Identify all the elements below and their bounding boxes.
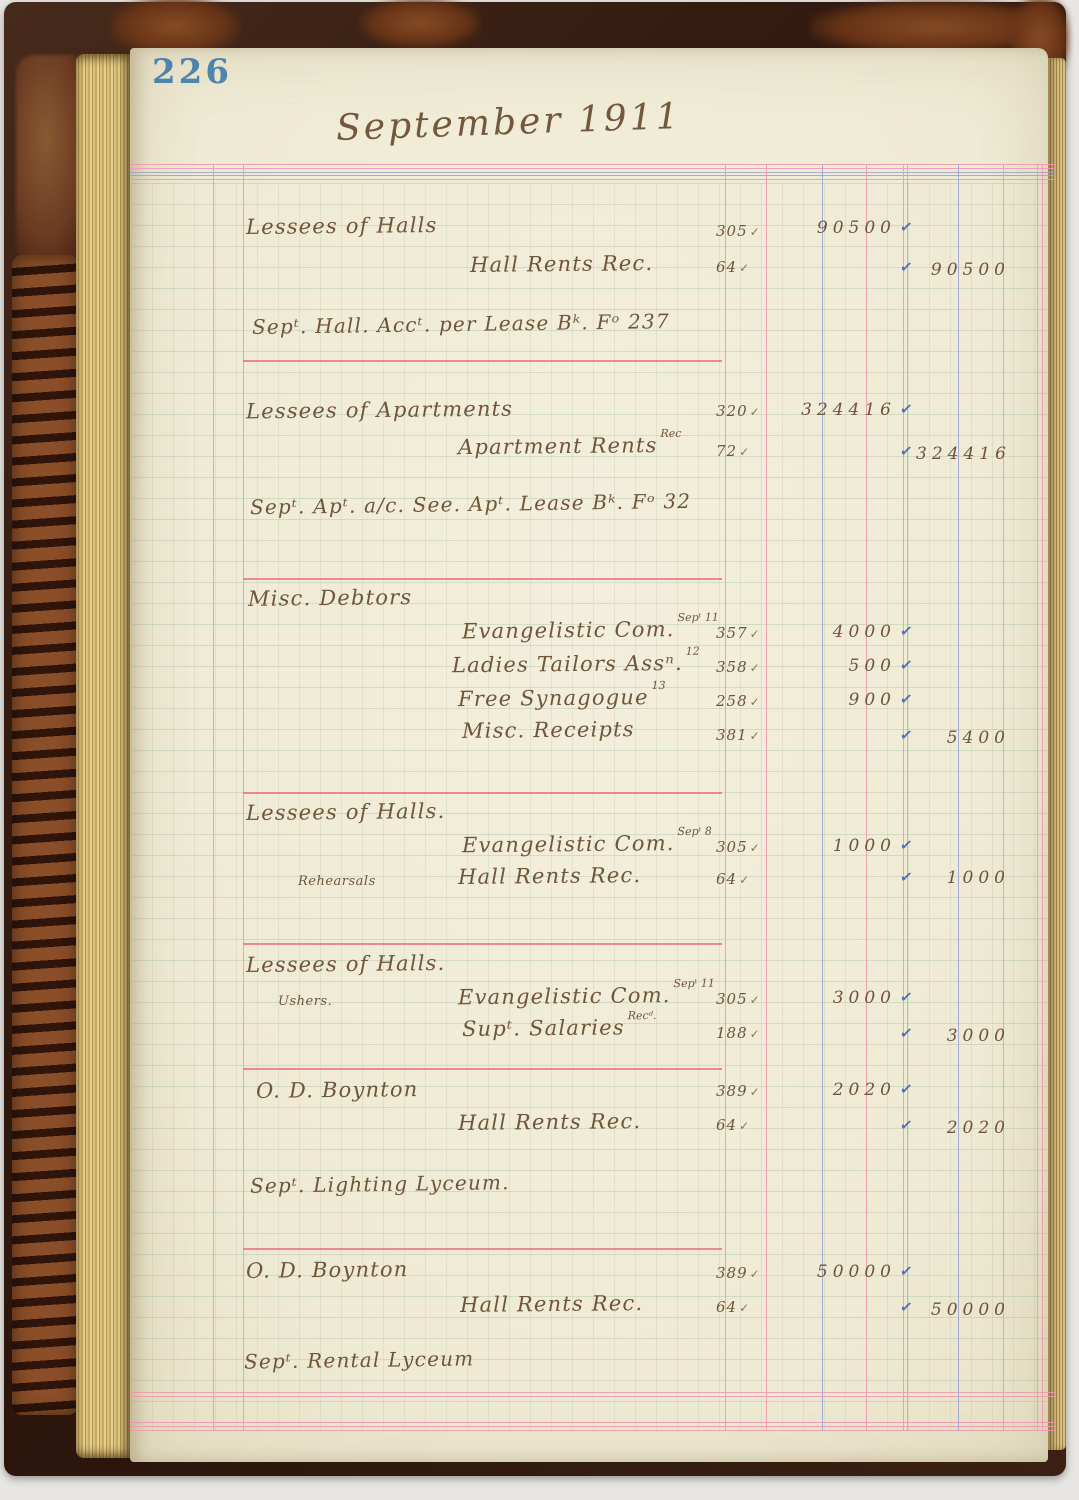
- audit-check-icon: ✓: [899, 441, 914, 461]
- audit-check-icon: ✓: [899, 257, 914, 277]
- debit-amount: 900: [772, 690, 896, 710]
- folio-value: 64: [716, 1116, 737, 1134]
- entry-description: Ladies Tailors Assⁿ.12: [452, 651, 700, 678]
- folio-value: 357: [716, 624, 748, 642]
- folio-number: 258✓: [716, 692, 772, 710]
- debit-amount: 500: [772, 656, 896, 676]
- description-text: Evangelistic Com.: [462, 617, 675, 643]
- entry-description: O. D. Boynton: [246, 1257, 409, 1283]
- credit-amount: 324416: [916, 444, 1010, 464]
- debit-amount: 1000: [772, 836, 896, 856]
- check-icon: ✓: [750, 225, 761, 239]
- audit-check-icon: ✓: [899, 987, 914, 1007]
- entry-description: Hall Rents Rec.: [458, 863, 642, 889]
- folio-number: 389✓: [716, 1082, 772, 1100]
- superscript-date: Sepᵗ 11: [673, 977, 714, 990]
- description-text: Evangelistic Com.: [458, 983, 671, 1009]
- check-icon: ✓: [750, 695, 761, 709]
- audit-check-icon: ✓: [899, 725, 914, 745]
- folio-number: 72✓: [716, 442, 772, 460]
- folio-number: 305✓: [716, 990, 772, 1008]
- entry-description: Lessees of Halls: [246, 213, 438, 239]
- page-edge-stack-right: [1048, 58, 1066, 1450]
- entry-description: O. D. Boynton: [256, 1077, 419, 1103]
- page-number-stamp: 226: [152, 52, 232, 92]
- audit-check-icon: ✓: [899, 1023, 914, 1043]
- folio-number: 357✓: [716, 624, 772, 642]
- entry-note: Sepᵗ. Lighting Lyceum.: [250, 1170, 510, 1198]
- check-icon: ✓: [750, 627, 761, 641]
- entry-description: Supᵗ. SalariesRecᵈ.: [462, 1015, 657, 1041]
- folio-number: 188✓: [716, 1024, 772, 1042]
- folio-number: 358✓: [716, 658, 772, 676]
- folio-value: 305: [716, 990, 748, 1008]
- credit-amount: 3000: [916, 1026, 1010, 1046]
- superscript-date: 13: [652, 679, 666, 692]
- folio-value: 64: [716, 870, 737, 888]
- entry-separator: [243, 1248, 722, 1250]
- folio-number: 389✓: [716, 1264, 772, 1282]
- folio-value: 72: [716, 442, 737, 460]
- entry-description: Evangelistic Com.Sepᵗ 11: [462, 617, 719, 644]
- audit-check-icon: ✓: [899, 1261, 914, 1281]
- superscript-note: Rec: [660, 427, 681, 440]
- entry-description: Misc. Receipts: [462, 717, 635, 743]
- superscript-note: Recᵈ.: [628, 1009, 657, 1022]
- superscript-date: Sepᵗ 8: [677, 825, 711, 838]
- audit-check-icon: ✓: [899, 1297, 914, 1317]
- leather-wear: [360, 0, 480, 48]
- superscript-date: 12: [686, 645, 700, 658]
- entry-header: Lessees of Halls.: [246, 951, 446, 977]
- check-icon: ✓: [750, 993, 761, 1007]
- folio-value: 305: [716, 838, 748, 856]
- check-icon: ✓: [750, 729, 761, 743]
- debit-amount: 324416: [772, 400, 896, 420]
- debit-amount: 50000: [772, 1262, 896, 1282]
- debit-amount: 4000: [772, 622, 896, 642]
- superscript-date: Sepᵗ 11: [677, 611, 718, 624]
- debit-amount: 3000: [772, 988, 896, 1008]
- audit-check-icon: ✓: [899, 399, 914, 419]
- audit-check-icon: ✓: [899, 655, 914, 675]
- credit-amount: 1000: [916, 868, 1010, 888]
- folio-value: 389: [716, 1082, 748, 1100]
- audit-check-icon: ✓: [899, 835, 914, 855]
- folio-value: 64: [716, 258, 737, 276]
- debit-amount: 2020: [772, 1080, 896, 1100]
- margin-note: Ushers.: [278, 994, 332, 1009]
- check-icon: ✓: [739, 261, 750, 275]
- entry-separator: [243, 360, 722, 362]
- audit-check-icon: ✓: [899, 1079, 914, 1099]
- description-text: Free Synagogue: [458, 685, 649, 711]
- folio-value: 64: [716, 1298, 737, 1316]
- debit-amount: 90500: [772, 218, 896, 238]
- folio-number: 64✓: [716, 258, 772, 276]
- check-icon: ✓: [739, 1119, 750, 1133]
- folio-value: 320: [716, 402, 748, 420]
- entry-header: Misc. Debtors: [248, 585, 413, 611]
- folio-number: 305✓: [716, 838, 772, 856]
- audit-check-icon: ✓: [899, 621, 914, 641]
- folio-number: 64✓: [716, 1298, 772, 1316]
- entry-separator: [243, 792, 722, 794]
- check-icon: ✓: [750, 1085, 761, 1099]
- folio-number: 64✓: [716, 870, 772, 888]
- credit-amount: 2020: [916, 1118, 1010, 1138]
- credit-amount: 5400: [916, 728, 1010, 748]
- page-edge-stack-left: [76, 54, 132, 1458]
- check-icon: ✓: [750, 1267, 761, 1281]
- audit-check-icon: ✓: [899, 689, 914, 709]
- audit-check-icon: ✓: [899, 1115, 914, 1135]
- folio-value: 381: [716, 726, 748, 744]
- entry-description: Hall Rents Rec.: [470, 251, 654, 277]
- check-icon: ✓: [750, 841, 761, 855]
- entry-header: Lessees of Halls.: [246, 799, 446, 825]
- entry-description: Evangelistic Com.Sepᵗ 8: [462, 831, 712, 858]
- entry-description: Hall Rents Rec.: [460, 1291, 644, 1317]
- folio-number: 64✓: [716, 1116, 772, 1134]
- entry-separator: [243, 1068, 722, 1070]
- spine-stripes: [12, 255, 78, 1415]
- entry-note: Sepᵗ. Rental Lyceum: [244, 1346, 475, 1373]
- folio-value: 389: [716, 1264, 748, 1282]
- entry-separator: [243, 943, 722, 945]
- credit-amount: 50000: [916, 1300, 1010, 1320]
- folio-value: 258: [716, 692, 748, 710]
- credit-amount: 90500: [916, 260, 1010, 280]
- description-text: Evangelistic Com.: [462, 831, 675, 857]
- folio-number: 305✓: [716, 222, 772, 240]
- entry-description: Apartment RentsRec: [458, 433, 682, 459]
- check-icon: ✓: [739, 1301, 750, 1315]
- entry-description: Hall Rents Rec.: [458, 1109, 642, 1135]
- folio-value: 305: [716, 222, 748, 240]
- check-icon: ✓: [750, 405, 761, 419]
- check-icon: ✓: [750, 1027, 761, 1041]
- check-icon: ✓: [739, 873, 750, 887]
- entry-separator: [243, 578, 722, 580]
- folio-value: 358: [716, 658, 748, 676]
- entry-description: Free Synagogue13: [458, 685, 666, 711]
- check-icon: ✓: [750, 661, 761, 675]
- audit-check-icon: ✓: [899, 867, 914, 887]
- description-text: Apartment Rents: [458, 433, 658, 459]
- check-icon: ✓: [739, 445, 750, 459]
- entry-description: Evangelistic Com.Sepᵗ 11: [458, 983, 715, 1010]
- entry-description: Lessees of Apartments: [246, 397, 513, 424]
- description-text: Ladies Tailors Assⁿ.: [452, 651, 683, 677]
- margin-note: Rehearsals: [298, 874, 376, 889]
- audit-check-icon: ✓: [899, 217, 914, 237]
- folio-value: 188: [716, 1024, 748, 1042]
- folio-number: 381✓: [716, 726, 772, 744]
- description-text: Supᵗ. Salaries: [462, 1015, 625, 1041]
- folio-number: 320✓: [716, 402, 772, 420]
- ledger-scan: 226 September 1911 Lessees of Halls 305✓…: [0, 0, 1079, 1500]
